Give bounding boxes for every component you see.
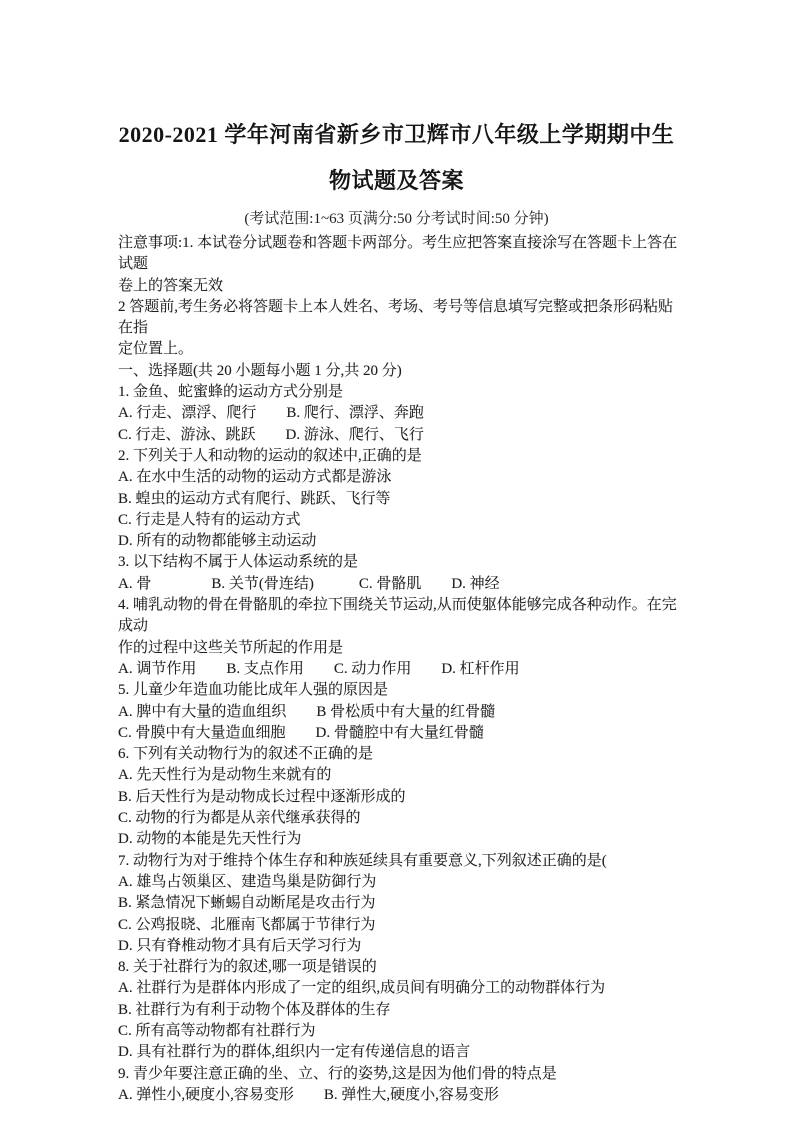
question-stem-continued: 作的过程中这些关节所起的作用是 xyxy=(118,638,686,659)
option-line: C. 行走、游泳、跳跃 D. 游泳、爬行、飞行 xyxy=(118,425,686,446)
question-stem: 9. 青少年要注意正确的坐、立、行的姿势,这是因为他们骨的特点是 xyxy=(118,1064,686,1085)
question-stem: 1. 金鱼、蛇蜜蜂的运动方式分别是 xyxy=(118,382,686,403)
question-stem: 7. 动物行为对于维持个体生存和种族延续具有重要意义,下列叙述正确的是( xyxy=(118,851,686,872)
option-line: C. 公鸡报晓、北雁南飞都属于节律行为 xyxy=(118,915,686,936)
option-line: A. 调节作用 B. 支点作用 C. 动力作用 D. 杠杆作用 xyxy=(118,659,686,680)
notice-line: 2 答题前,考生务必将答题卡上本人姓名、考场、考号等信息填写完整或把条形码粘贴在… xyxy=(118,297,686,340)
question-3: 3. 以下结构不属于人体运动系统的是 A. 骨 B. 关节(骨连结) C. 骨骼… xyxy=(118,552,686,595)
question-stem: 4. 哺乳动物的骨在骨骼肌的牵拉下围绕关节运动,从而使躯体能够完成各种动作。在完… xyxy=(118,595,686,638)
option-line: C. 骨膜中有大量造血细胞 D. 骨髓腔中有大量红骨髓 xyxy=(118,723,686,744)
notice-line: 定位置上。 xyxy=(118,339,686,360)
question-stem: 3. 以下结构不属于人体运动系统的是 xyxy=(118,552,686,573)
option-line: A. 行走、漂浮、爬行 B. 爬行、漂浮、奔跑 xyxy=(118,403,686,424)
notice-line: 注意事项:1. 本试卷分试题卷和答题卡两部分。考生应把答案直接涂写在答题卡上答在… xyxy=(118,233,686,276)
question-stem: 5. 儿童少年造血功能比成年人强的原因是 xyxy=(118,680,686,701)
section-heading: 一、选择题(共 20 小题每小题 1 分,共 20 分) xyxy=(118,361,686,382)
option-line: A. 骨 B. 关节(骨连结) C. 骨骼肌 D. 神经 xyxy=(118,574,686,595)
option-line: A. 在水中生活的动物的运动方式都是游泳 xyxy=(118,467,686,488)
option-line: D. 具有社群行为的群体,组织内一定有传递信息的语言 xyxy=(118,1042,686,1063)
option-line: A. 脾中有大量的造血组织 B 骨松质中有大量的红骨髓 xyxy=(118,702,686,723)
document-body: 注意事项:1. 本试卷分试题卷和答题卡两部分。考生应把答案直接涂写在答题卡上答在… xyxy=(118,233,686,1106)
option-line: C. 动物的行为都是从亲代继承获得的 xyxy=(118,808,686,829)
option-line: D. 动物的本能是先天性行为 xyxy=(118,829,686,850)
title-line-2: 物试题及答案 xyxy=(0,158,793,204)
option-line: B. 社群行为有利于动物个体及群体的生存 xyxy=(118,1000,686,1021)
question-8: 8. 关于社群行为的叙述,哪一项是错误的 A. 社群行为是群体内形成了一定的组织… xyxy=(118,957,686,1063)
title-line-1: 2020-2021 学年河南省新乡市卫辉市八年级上学期期中生 xyxy=(0,112,793,158)
question-2: 2. 下列关于人和动物的运动的叙述中,正确的是 A. 在水中生活的动物的运动方式… xyxy=(118,446,686,552)
option-line: A. 社群行为是群体内形成了一定的组织,成员间有明确分工的动物群体行为 xyxy=(118,978,686,999)
question-9: 9. 青少年要注意正确的坐、立、行的姿势,这是因为他们骨的特点是 A. 弹性小,… xyxy=(118,1064,686,1107)
document-title: 2020-2021 学年河南省新乡市卫辉市八年级上学期期中生 物试题及答案 xyxy=(0,0,793,204)
question-7: 7. 动物行为对于维持个体生存和种族延续具有重要意义,下列叙述正确的是( A. … xyxy=(118,851,686,957)
question-5: 5. 儿童少年造血功能比成年人强的原因是 A. 脾中有大量的造血组织 B 骨松质… xyxy=(118,680,686,744)
question-stem: 6. 下列有关动物行为的叙述不正确的是 xyxy=(118,744,686,765)
question-6: 6. 下列有关动物行为的叙述不正确的是 A. 先天性行为是动物生来就有的 B. … xyxy=(118,744,686,850)
notice-line: 卷上的答案无效 xyxy=(118,276,686,297)
notice-block: 注意事项:1. 本试卷分试题卷和答题卡两部分。考生应把答案直接涂写在答题卡上答在… xyxy=(118,233,686,361)
option-line: B. 后天性行为是动物成长过程中逐渐形成的 xyxy=(118,787,686,808)
question-4: 4. 哺乳动物的骨在骨骼肌的牵拉下围绕关节运动,从而使躯体能够完成各种动作。在完… xyxy=(118,595,686,680)
option-line: D. 所有的动物都能够主动运动 xyxy=(118,531,686,552)
option-line: D. 只有脊椎动物才具有后天学习行为 xyxy=(118,936,686,957)
question-stem: 8. 关于社群行为的叙述,哪一项是错误的 xyxy=(118,957,686,978)
question-stem: 2. 下列关于人和动物的运动的叙述中,正确的是 xyxy=(118,446,686,467)
option-line: A. 弹性小,硬度小,容易变形 B. 弹性大,硬度小,容易变形 xyxy=(118,1085,686,1106)
option-line: A. 雄鸟占领巢区、建造鸟巢是防御行为 xyxy=(118,872,686,893)
option-line: C. 行走是人特有的运动方式 xyxy=(118,510,686,531)
question-1: 1. 金鱼、蛇蜜蜂的运动方式分别是 A. 行走、漂浮、爬行 B. 爬行、漂浮、奔… xyxy=(118,382,686,446)
option-line: B. 蝗虫的运动方式有爬行、跳跃、飞行等 xyxy=(118,489,686,510)
exam-info: (考试范围:1~63 页满分:50 分考试时间:50 分钟) xyxy=(0,208,793,230)
option-line: A. 先天性行为是动物生来就有的 xyxy=(118,765,686,786)
option-line: B. 紧急情况下蜥蜴自动断尾是攻击行为 xyxy=(118,893,686,914)
document-page: 2020-2021 学年河南省新乡市卫辉市八年级上学期期中生 物试题及答案 (考… xyxy=(0,0,793,1122)
option-line: C. 所有高等动物都有社群行为 xyxy=(118,1021,686,1042)
